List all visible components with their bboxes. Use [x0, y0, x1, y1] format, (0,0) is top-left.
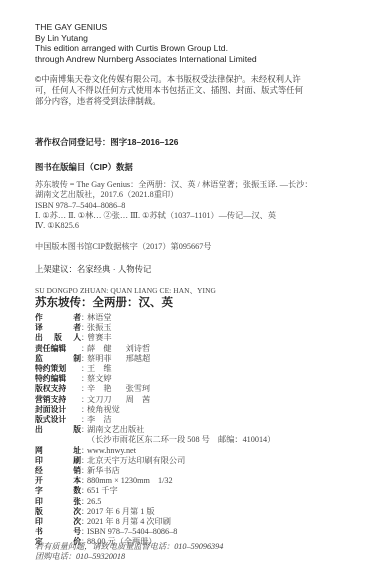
credit-label-char: 者 — [73, 323, 81, 333]
english-title: THE GAY GENIUS — [35, 22, 257, 33]
credit-value: 北京天宇万达印刷有限公司 — [87, 456, 185, 466]
credit-value: 新华书店 — [87, 466, 120, 476]
cip-line-2: 湖南文艺出版社，2017.6（2021.8重印） — [35, 190, 355, 200]
group-purchase-phone: 团购电话：010–59320018 — [35, 552, 223, 562]
credit-value-name: 文刀刀 — [87, 395, 112, 404]
copyright-line-1: ©中南博集天卷文化传媒有限公司。本书版权受法律保护。未经权利人许 — [35, 74, 325, 85]
credit-label-char: 次 — [73, 507, 81, 517]
credit-label-char: 版式设计 — [35, 415, 66, 425]
shelf-suggestion: 上架建议：名家经典 · 人物传记 — [35, 263, 151, 275]
credit-label: 出版 — [35, 425, 81, 435]
credit-value: 26.5 — [87, 497, 101, 507]
credit-label-char: 版 — [73, 425, 81, 435]
credit-row: 开本：880mm × 1230mm 1/32 — [35, 476, 355, 486]
credit-label-char: 出 — [35, 425, 43, 435]
credit-value-name: 2017 年 6 月第 1 版 — [87, 507, 155, 516]
credit-label: 字数 — [35, 486, 81, 496]
credit-label: 译者 — [35, 323, 81, 333]
copyright-registration-number: 著作权合同登记号：图字18–2016–126 — [35, 136, 178, 148]
credit-value-name: ISBN 978–7–5404–8086–8 — [87, 527, 177, 536]
cip-line-1: 苏东坡传 = The Gay Genius：全两册：汉、英 / 林语堂著；张振玉… — [35, 180, 355, 190]
credit-label-char: 号 — [73, 527, 81, 537]
credits-list: 作者：林语堂译者：张振玉出版人：曾赛丰责任编辑：薛 健刘诗哲监制：蔡明菲邢越超特… — [35, 313, 355, 548]
credit-row: 印次：2021 年 8 月第 4 次印刷 — [35, 517, 355, 527]
credit-row: 版式设计：李 洁 — [35, 415, 355, 425]
credit-label: 经销 — [35, 466, 81, 476]
cip-classification: Ⅰ. ①苏… Ⅱ. ①林… ②张… Ⅲ. ①苏轼（1037–1101）—传记—汉… — [35, 211, 355, 232]
credit-value-name: 张振玉 — [87, 323, 112, 332]
credit-value: 棱角视觉 — [87, 405, 120, 415]
english-rights-line-1: This edition arranged with Curtis Brown … — [35, 43, 257, 54]
credit-value: 湖南文艺出版社 — [87, 425, 144, 435]
credit-value: （长沙市雨花区东二环一段 508 号 邮编：410014） — [87, 435, 275, 445]
credit-row: 出版人：曾赛丰 — [35, 333, 355, 343]
credit-label-char: 出 — [35, 333, 43, 343]
quality-hotline: 若有质量问题，请致电质量监督电话：010–59096394 — [35, 542, 223, 552]
credit-value: ISBN 978–7–5404–8086–8 — [87, 527, 177, 537]
credit-value: 李 洁 — [87, 415, 112, 425]
credit-value-name: 王 维 — [87, 364, 112, 373]
credit-row: 封面设计：棱角视觉 — [35, 405, 355, 415]
credit-value: 2021 年 8 月第 4 次印刷 — [87, 517, 171, 527]
credit-value-name: 刘诗哲 — [126, 344, 151, 353]
credit-value-name: 湖南文艺出版社 — [87, 425, 144, 434]
credit-label: 版次 — [35, 507, 81, 517]
credit-row: 印刷：北京天宇万达印刷有限公司 — [35, 456, 355, 466]
credit-label: 开本 — [35, 476, 81, 486]
credit-label: 责任编辑 — [35, 344, 81, 354]
credit-label-char: 责任编辑 — [35, 344, 66, 354]
credit-value-name: 26.5 — [87, 497, 101, 506]
credit-value-name: 曾赛丰 — [87, 333, 112, 342]
credit-row: 出版：湖南文艺出版社 — [35, 425, 355, 435]
credit-label-char: 译 — [35, 323, 43, 333]
credit-row: 书号：ISBN 978–7–5404–8086–8 — [35, 527, 355, 537]
copyright-notice: ©中南博集天卷文化传媒有限公司。本书版权受法律保护。未经权利人许 可，任何人不得… — [35, 74, 325, 106]
credit-label-char: 开 — [35, 476, 43, 486]
credit-value-name: （长沙市雨花区东二环一段 508 号 邮编：410014） — [87, 435, 275, 444]
credit-label-char: 址 — [73, 446, 81, 456]
credit-value: 林语堂 — [87, 313, 112, 323]
credit-value-name: 880mm × 1230mm 1/32 — [87, 476, 173, 485]
credit-value-name: 蔡文婷 — [87, 374, 112, 383]
credit-value-name: 2021 年 8 月第 4 次印刷 — [87, 517, 171, 526]
credit-value-name: www.hnwy.net — [87, 446, 136, 455]
credit-label-char: 监 — [35, 354, 43, 364]
credit-value: 辛 艳张雪珂 — [87, 384, 150, 394]
credit-label-char: 书 — [35, 527, 43, 537]
credit-value-name: 邢越超 — [126, 354, 151, 363]
copyright-line-2: 可，任何人不得以任何方式使用本书包括正文、插图、封面、版式等任何 — [35, 85, 325, 96]
credit-row: 特约编辑：蔡文婷 — [35, 374, 355, 384]
credit-value-name: 棱角视觉 — [87, 405, 120, 414]
credit-label: 出版人 — [35, 333, 81, 343]
credit-row: 版权支持：辛 艳张雪珂 — [35, 384, 355, 394]
english-author: By Lin Yutang — [35, 33, 257, 44]
classification-line-2: Ⅳ. ①K825.6 — [35, 221, 355, 231]
credit-label-char: 印 — [35, 497, 43, 507]
credit-label-char: 版 — [54, 333, 62, 343]
credit-value: 张振玉 — [87, 323, 112, 333]
credit-label-char: 本 — [73, 476, 81, 486]
credit-label: 印次 — [35, 517, 81, 527]
credit-value-name: 张雪珂 — [126, 384, 151, 393]
credit-row: 字数：651 千字 — [35, 486, 355, 496]
credit-value: 蔡明菲邢越超 — [87, 354, 150, 364]
credit-row: 作者：林语堂 — [35, 313, 355, 323]
credit-label-char: 印 — [35, 517, 43, 527]
credit-value-name: 林语堂 — [87, 313, 112, 322]
credit-value: 2017 年 6 月第 1 版 — [87, 507, 155, 517]
credit-label-char: 销 — [73, 466, 81, 476]
credit-row: 印张：26.5 — [35, 497, 355, 507]
credit-label-char: 营销支持 — [35, 395, 66, 405]
credit-label-char: 网 — [35, 446, 43, 456]
credit-label: 特约编辑 — [35, 374, 81, 384]
credit-value-name: 蔡明菲 — [87, 354, 112, 363]
credit-label-char: 次 — [73, 517, 81, 527]
credit-label-char: 封面设计 — [35, 405, 66, 415]
credit-row: ：（长沙市雨花区东二环一段 508 号 邮编：410014） — [35, 435, 355, 445]
credit-row: 译者：张振玉 — [35, 323, 355, 333]
credit-label-char: 制 — [73, 354, 81, 364]
credit-label-char: 印 — [35, 456, 43, 466]
credit-value: 文刀刀周 茜 — [87, 395, 150, 405]
classification-line-1: Ⅰ. ①苏… Ⅱ. ①林… ②张… Ⅲ. ①苏轼（1037–1101）—传记—汉… — [35, 211, 355, 221]
credit-label-char: 者 — [73, 313, 81, 323]
credit-value: 蔡文婷 — [87, 374, 112, 384]
credit-label: 版式设计 — [35, 415, 81, 425]
credit-label-char: 版权支持 — [35, 384, 66, 394]
credit-row: 责任编辑：薛 健刘诗哲 — [35, 344, 355, 354]
credit-label-char: 版 — [35, 507, 43, 517]
credit-label: 监制 — [35, 354, 81, 364]
credit-label: 书号 — [35, 527, 81, 537]
credit-value: 曾赛丰 — [87, 333, 112, 343]
credit-value-name: 北京天宇万达印刷有限公司 — [87, 456, 185, 465]
credit-label: 印刷 — [35, 456, 81, 466]
credit-value: 880mm × 1230mm 1/32 — [87, 476, 173, 486]
credit-label: 营销支持 — [35, 395, 81, 405]
chinese-title: 苏东坡传：全两册：汉、英 — [35, 294, 173, 310]
credit-value-name: 薛 健 — [87, 344, 112, 353]
credit-value: www.hnwy.net — [87, 446, 136, 456]
credit-value: 651 千字 — [87, 486, 118, 496]
credit-label: 网址 — [35, 446, 81, 456]
credit-value: 薛 健刘诗哲 — [87, 344, 150, 354]
credit-value: 王 维 — [87, 364, 112, 374]
copyright-line-3: 部分内容，违者将受到法律制裁。 — [35, 96, 325, 107]
credit-row: 营销支持：文刀刀周 茜 — [35, 395, 355, 405]
credit-value-name: 651 千字 — [87, 486, 118, 495]
credit-label-char: 特约编辑 — [35, 374, 66, 384]
english-rights-line-2: through Andrew Nurnberg Associates Inter… — [35, 54, 257, 65]
credit-label: 封面设计 — [35, 405, 81, 415]
credit-label: 版权支持 — [35, 384, 81, 394]
credit-value-name: 周 茜 — [126, 395, 151, 404]
credit-value-name: 李 洁 — [87, 415, 112, 424]
credit-row: 经销：新华书店 — [35, 466, 355, 476]
english-rights-block: THE GAY GENIUS By Lin Yutang This editio… — [35, 22, 257, 64]
credit-row: 版次：2017 年 6 月第 1 版 — [35, 507, 355, 517]
credit-label: 特约策划 — [35, 364, 81, 374]
contact-footer: 若有质量问题，请致电质量监督电话：010–59096394 团购电话：010–5… — [35, 542, 223, 563]
credit-row: 网址：www.hnwy.net — [35, 446, 355, 456]
credit-label-char: 字 — [35, 486, 43, 496]
credit-label-char: 人 — [73, 333, 81, 343]
credit-value-name: 辛 艳 — [87, 384, 112, 393]
credit-label-char: 作 — [35, 313, 43, 323]
credit-value-name: 新华书店 — [87, 466, 120, 475]
credit-label-char: 张 — [73, 497, 81, 507]
credit-label-char: 刷 — [73, 456, 81, 466]
credit-label-char: 特约策划 — [35, 364, 66, 374]
credit-row: 监制：蔡明菲邢越超 — [35, 354, 355, 364]
credit-row: 特约策划：王 维 — [35, 364, 355, 374]
credit-label-char: 数 — [73, 486, 81, 496]
cip-record: 苏东坡传 = The Gay Genius：全两册：汉、英 / 林语堂著；张振玉… — [35, 180, 355, 211]
cip-heading: 图书在版编目（CIP）数据 — [35, 161, 133, 173]
cip-data-number: 中国版本图书馆CIP数据核字（2017）第095667号 — [35, 241, 212, 252]
credit-label: 印张 — [35, 497, 81, 507]
cip-isbn: ISBN 978–7–5404–8086–8 — [35, 201, 355, 211]
credit-label-char: 经 — [35, 466, 43, 476]
credit-label: 作者 — [35, 313, 81, 323]
